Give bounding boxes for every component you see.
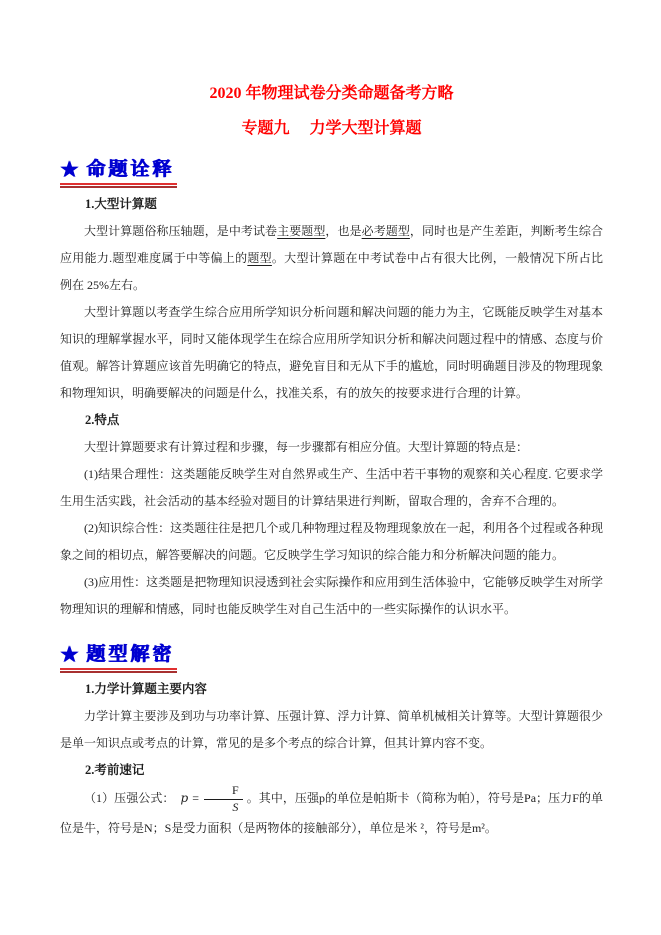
paragraph-overview: 大型计算题俗称压轴题，是中考试卷主要题型，也是必考题型，同时也是产生差距，判断考…	[60, 218, 603, 299]
text-segment: 大型计算题俗称压轴题，是中考试卷	[84, 224, 277, 238]
paragraph-purpose: 大型计算题以考查学生综合应用所学知识分析问题和解决问题的能力为主，它既能反映学生…	[60, 299, 603, 407]
formula-lhs: p	[181, 791, 189, 805]
page-subtitle: 专题九 力学大型计算题	[60, 119, 603, 138]
formula-numerator: F	[204, 784, 243, 800]
formula-denominator: S	[204, 800, 243, 815]
formula-prefix-text: （1）压强公式：	[84, 791, 178, 805]
paragraph-pressure-formula: （1）压强公式： p=FS。其中，压强p的单位是帕斯卡（简称为帕），符号是Pa；…	[60, 784, 603, 842]
underlined-text: 题型	[247, 251, 272, 265]
subsection-title-lixue-content: 1.力学计算题主要内容	[60, 676, 603, 703]
underlined-text: 必考题型	[362, 224, 410, 238]
text-segment: ，也是	[325, 224, 361, 238]
document-page: 2020 年物理试卷分类命题备考方略 专题九 力学大型计算题 ★命题诠释 1.大…	[0, 0, 661, 935]
section-heading-mingti-quanshi: ★命题诠释	[60, 158, 603, 185]
page-title: 2020 年物理试卷分类命题备考方略	[60, 84, 603, 103]
paragraph-lixue-content: 力学计算主要涉及到功与功率计算、压强计算、浮力计算、简单机械相关计算等。大型计算…	[60, 703, 603, 757]
section-heading-text: 命题诠释	[86, 158, 174, 180]
pressure-formula: p=FS	[181, 791, 244, 805]
paragraph-feature-2: (2)知识综合性：这类题往往是把几个或几种物理过程及物理现象放在一起，利用各个过…	[60, 515, 603, 569]
section-heading-text: 题型解密	[86, 643, 174, 665]
star-icon: ★	[60, 157, 81, 181]
subsection-title-daxing-jisuanti: 1.大型计算题	[60, 191, 603, 218]
subsection-title-kaoqian-suji: 2.考前速记	[60, 757, 603, 784]
paragraph-feature-3: (3)应用性：这类题是把物理知识浸透到社会实际操作和应用到生活体验中，它能够反映…	[60, 569, 603, 623]
subsection-title-tedian: 2.特点	[60, 407, 603, 434]
paragraph-tedian-intro: 大型计算题要求有计算过程和步骤，每一步骤都有相应分值。大型计算题的特点是：	[60, 434, 603, 461]
star-icon: ★	[60, 642, 81, 666]
section-heading-underline: ★命题诠释	[60, 158, 177, 185]
formula-equals-sign: =	[192, 791, 199, 805]
formula-fraction: FS	[204, 784, 243, 815]
section-heading-underline: ★题型解密	[60, 643, 177, 670]
underlined-text: 主要题型	[277, 224, 325, 238]
section-heading-tixing-jiemi: ★题型解密	[60, 643, 603, 670]
paragraph-feature-1: (1)结果合理性：这类题能反映学生对自然界或生产、生活中若干事物的观察和关心程度…	[60, 461, 603, 515]
